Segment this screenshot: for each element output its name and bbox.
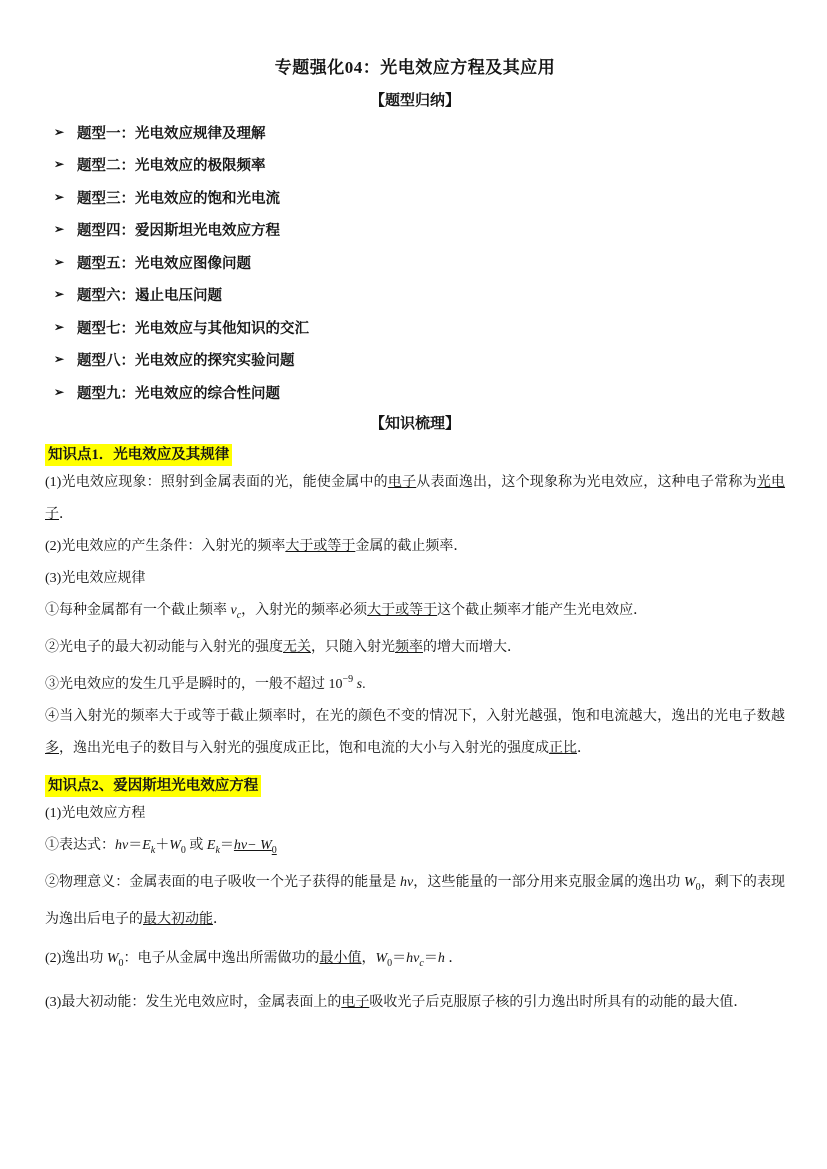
topic-label: 题型四：爱因斯坦光电效应方程 [77,219,280,240]
arrow-bullet-icon: ➢ [54,255,77,270]
page-title: 专题强化04：光电效应方程及其应用 [45,56,785,80]
list-item: ➢ 题型三：光电效应的饱和光电流 [45,181,785,214]
arrow-bullet-icon: ➢ [54,125,77,140]
list-item: ➢ 题型九：光电效应的综合性问题 [45,376,785,409]
topic-catalog-list: ➢ 题型一：光电效应规律及理解 ➢ 题型二：光电效应的极限频率 ➢ 题型三：光电… [45,116,785,409]
arrow-bullet-icon: ➢ [54,157,77,172]
topic-label: 题型六：遏止电压问题 [77,284,222,305]
paragraph: ④当入射光的频率大于或等于截止频率时，在光的颜色不变的情况下，入射光越强，饱和电… [45,701,785,765]
list-item: ➢ 题型七：光电效应与其他知识的交汇 [45,311,785,344]
arrow-bullet-icon: ➢ [54,190,77,205]
paragraph: ①表达式：hν＝Ek＋W0 或 Ek＝hν− W0 [45,830,785,867]
topic-label: 题型三：光电效应的饱和光电流 [77,187,280,208]
list-item: ➢ 题型六：遏止电压问题 [45,279,785,312]
knowledge-point-2-heading-row: 知识点2、爱因斯坦光电效应方程 [45,774,785,798]
paragraph: ③光电效应的发生几乎是瞬时的，一般不超过 10−9 s. [45,664,785,701]
arrow-bullet-icon: ➢ [54,352,77,367]
knowledge-point-1-heading-row: 知识点1．光电效应及其规律 [45,443,785,467]
topic-label: 题型一：光电效应规律及理解 [77,122,266,143]
list-item: ➢ 题型一：光电效应规律及理解 [45,116,785,149]
paragraph: (3)最大初动能：发生光电效应时，金属表面上的电子吸收光子后克服原子核的引力逸出… [45,987,785,1019]
paragraph: (1)光电效应现象：照射到金属表面的光，能使金属中的电子从表面逸出，这个现象称为… [45,467,785,531]
topic-label: 题型八：光电效应的探究实验问题 [77,349,295,370]
knowledge-section-header: 【知识梳理】 [45,414,785,434]
arrow-bullet-icon: ➢ [54,320,77,335]
arrow-bullet-icon: ➢ [54,385,77,400]
topic-label: 题型五：光电效应图像问题 [77,252,251,273]
paragraph: (2)逸出功 W0：电子从金属中逸出所需做功的最小值，W0＝hνc＝h ． [45,943,785,980]
knowledge-point-2-body: (1)光电效应方程 ①表达式：hν＝Ek＋W0 或 Ek＝hν− W0 ②物理意… [45,798,785,1019]
document-page: 专题强化04：光电效应方程及其应用 【题型归纳】 ➢ 题型一：光电效应规律及理解… [0,0,827,1169]
list-item: ➢ 题型五：光电效应图像问题 [45,246,785,279]
topic-label: 题型九：光电效应的综合性问题 [77,382,280,403]
topic-label: 题型二：光电效应的极限频率 [77,154,266,175]
paragraph: (2)光电效应的产生条件：入射光的频率大于或等于金属的截止频率． [45,531,785,563]
paragraph: ②物理意义：金属表面的电子吸收一个光子获得的能量是 hν，这些能量的一部分用来克… [45,867,785,936]
list-item: ➢ 题型四：爱因斯坦光电效应方程 [45,214,785,247]
list-item: ➢ 题型二：光电效应的极限频率 [45,149,785,182]
knowledge-point-1-heading: 知识点1．光电效应及其规律 [45,444,232,466]
knowledge-point-1-body: (1)光电效应现象：照射到金属表面的光，能使金属中的电子从表面逸出，这个现象称为… [45,467,785,765]
arrow-bullet-icon: ➢ [54,222,77,237]
catalog-section-header: 【题型归纳】 [45,91,785,111]
list-item: ➢ 题型八：光电效应的探究实验问题 [45,344,785,377]
paragraph: (3)光电效应规律 [45,563,785,595]
knowledge-point-2-heading: 知识点2、爱因斯坦光电效应方程 [45,775,261,797]
arrow-bullet-icon: ➢ [54,287,77,302]
paragraph: (1)光电效应方程 [45,798,785,830]
topic-label: 题型七：光电效应与其他知识的交汇 [77,317,309,338]
paragraph: ①每种金属都有一个截止频率 νc，入射光的频率必须大于或等于这个截止频率才能产生… [45,595,785,632]
paragraph: ②光电子的最大初动能与入射光的强度无关，只随入射光频率的增大而增大． [45,632,785,664]
